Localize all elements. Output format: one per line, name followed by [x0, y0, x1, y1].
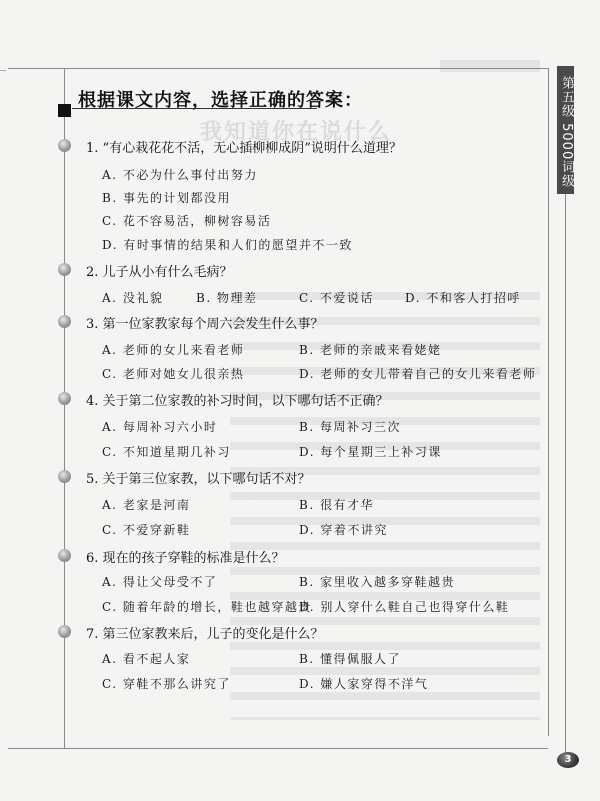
option-3b[interactable]: B. 老师的亲戚来看姥姥 — [299, 341, 441, 358]
option-7c[interactable]: C. 穿鞋不那么讲究了 — [102, 675, 231, 692]
question-7: 7. 第三位家教来后，儿子的变化是什么？ — [86, 623, 324, 642]
question-bullet-icon — [58, 139, 71, 152]
option-3d[interactable]: D. 老师的女儿带着自己的女儿来看老师 — [299, 365, 536, 382]
question-3: 3. 第一位家教家每个周六会发生什么事？ — [86, 313, 324, 332]
question-bullet-icon — [58, 263, 71, 276]
question-4: 4. 关于第二位家教的补习时间，以下哪句话不正确？ — [86, 390, 389, 409]
option-2a[interactable]: A. 没礼貌 — [102, 289, 163, 306]
option-4a[interactable]: A. 每周补习六小时 — [102, 418, 217, 435]
option-1d[interactable]: D. 有时事情的结果和人们的愿望并不一致 — [102, 236, 353, 253]
option-3c[interactable]: C. 老师对她女儿很亲热 — [102, 365, 244, 382]
option-6a[interactable]: A. 得让父母受不了 — [102, 573, 217, 590]
question-6: 6. 现在的孩子穿鞋的标准是什么？ — [86, 547, 285, 566]
question-bullet-icon — [58, 315, 71, 328]
side-tab-rule — [565, 194, 566, 754]
option-6d[interactable]: D. 别人穿什么鞋自己也得穿什么鞋 — [299, 598, 509, 615]
option-2c[interactable]: C. 不爱说话 — [299, 289, 374, 306]
frame-top-rule — [8, 68, 548, 69]
question-bullet-icon — [58, 625, 71, 638]
question-bullet-icon — [58, 392, 71, 405]
option-5c[interactable]: C. 不爱穿新鞋 — [102, 521, 190, 538]
option-4b[interactable]: B. 每周补习三次 — [299, 418, 401, 435]
option-1c[interactable]: C. 花不容易活，柳树容易活 — [102, 212, 271, 229]
option-3a[interactable]: A. 老师的女儿来看老师 — [102, 341, 244, 358]
frame-left-rule — [64, 68, 65, 748]
option-4c[interactable]: C. 不知道星期几补习 — [102, 443, 231, 460]
question-bullet-icon — [58, 470, 71, 483]
option-7d[interactable]: D. 嫌人家穿得不洋气 — [299, 675, 428, 692]
option-6b[interactable]: B. 家里收入越多穿鞋越贵 — [299, 573, 455, 590]
crop-mark — [0, 70, 6, 71]
option-2d[interactable]: D. 不和客人打招呼 — [405, 289, 521, 306]
option-6c[interactable]: C. 随着年龄的增长，鞋也越穿越贵 — [102, 598, 312, 615]
frame-right-rule — [548, 68, 549, 736]
option-4d[interactable]: D. 每个星期三上补习课 — [299, 443, 442, 460]
question-1: 1. “有心栽花花不活，无心插柳柳成阴”说明什么道理？ — [86, 137, 402, 156]
header-shadow — [440, 60, 540, 72]
level-side-tab: 第五级 5000词级 — [557, 66, 574, 194]
question-2: 2. 儿子从小有什么毛病？ — [86, 261, 233, 280]
option-5d[interactable]: D. 穿着不讲究 — [299, 521, 388, 538]
frame-bottom-rule — [8, 748, 548, 749]
heading-underline — [72, 108, 317, 109]
option-5b[interactable]: B. 很有才华 — [299, 496, 374, 513]
option-7a[interactable]: A. 看不起人家 — [102, 650, 190, 667]
heading-square-icon — [58, 104, 71, 117]
option-7b[interactable]: B. 懂得佩服人了 — [299, 650, 401, 667]
question-bullet-icon — [58, 549, 71, 562]
option-1b[interactable]: B. 事先的计划都没用 — [102, 189, 231, 206]
option-5a[interactable]: A. 老家是河南 — [102, 496, 190, 513]
option-2b[interactable]: B. 物理差 — [196, 289, 257, 306]
option-1a[interactable]: A. 不必为什么事付出努力 — [102, 166, 258, 183]
page-number-badge: 3 — [557, 752, 579, 768]
question-5: 5. 关于第三位家教，以下哪句话不对？ — [86, 468, 311, 487]
